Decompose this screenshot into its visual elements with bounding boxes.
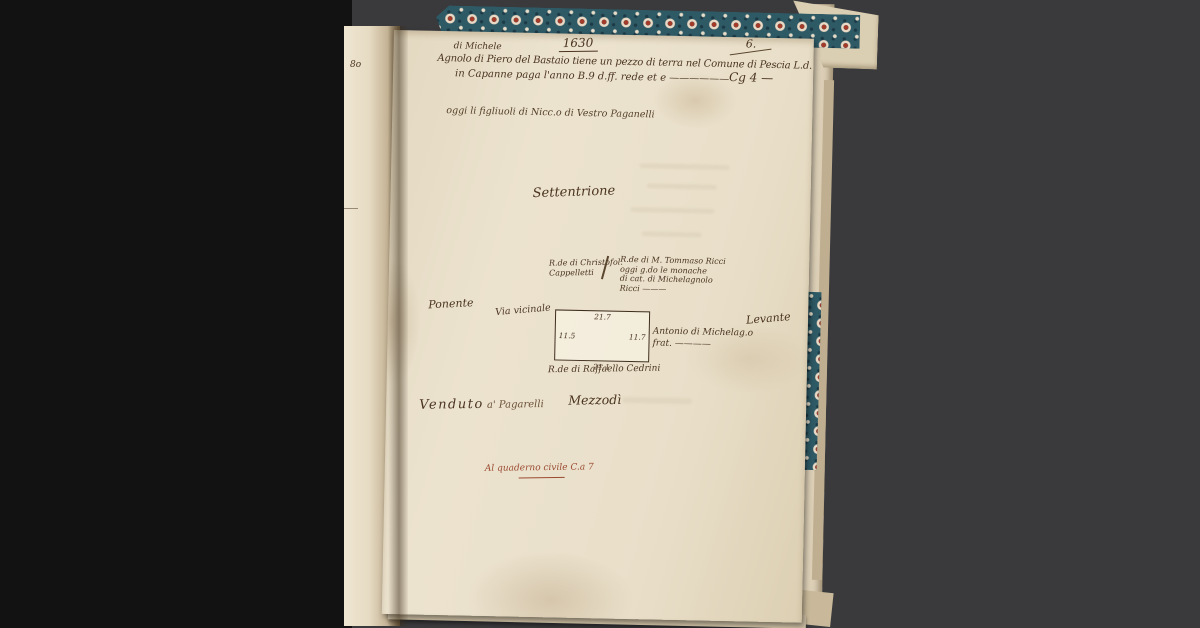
ink-bleedthrough xyxy=(647,183,717,189)
ink-bleedthrough xyxy=(622,397,692,404)
photo-stage: 8o 1630 6. di Michele Agnolo di Piero de… xyxy=(0,0,1200,628)
margin-mark: 8o xyxy=(350,60,361,70)
compass-south-label: Mezzodì xyxy=(568,392,621,408)
neighbor-north-right: R.de di M. Tommaso Ricci oggi g.do le mo… xyxy=(620,255,726,295)
neighbor-south: R.de di Raffaello Cedrini xyxy=(548,364,661,376)
interline-note: di Michele xyxy=(454,41,502,52)
background-left-band xyxy=(0,0,352,628)
manuscript-page: 1630 6. di Michele Agnolo di Piero del B… xyxy=(382,30,814,623)
gutter-shadow xyxy=(388,26,408,626)
plot-dim-right: 11.7 xyxy=(629,332,646,341)
road-label: Via vicinale xyxy=(495,302,551,318)
compass-north-label: Settentrione xyxy=(532,184,615,202)
sold-note-word: Venduto xyxy=(419,397,484,413)
folio-number: 6. xyxy=(746,37,757,50)
ink-bleedthrough xyxy=(639,163,729,170)
sold-note: Venduto a' Pagarelli xyxy=(419,392,544,413)
neighbor-east: Antonio di Michelag.o frat. ———— xyxy=(652,325,753,351)
compass-west-label: Ponente xyxy=(428,296,474,311)
update-note: oggi li figliuoli di Nicc.o di Vestro Pa… xyxy=(446,105,654,120)
entry-amount: Cg 4 — xyxy=(729,70,773,85)
crease-mark xyxy=(344,208,358,209)
entry-line-2: in Capanne paga l'anno B.9 d.ff. rede et… xyxy=(455,68,729,85)
sold-note-rest: a' Pagarelli xyxy=(484,399,544,411)
year-heading: 1630 xyxy=(559,36,598,53)
plot-diagram-rectangle: 21.7 21.1 11.5 11.7 xyxy=(554,309,650,362)
compass-east-label: Levante xyxy=(746,310,792,327)
ink-bleedthrough xyxy=(630,207,714,214)
reference-note-underline xyxy=(519,477,565,479)
plot-dim-left: 11.5 xyxy=(559,331,576,340)
plot-dim-top: 21.7 xyxy=(594,312,611,321)
reference-note: Al quaderno civile C.a 7 xyxy=(485,462,594,474)
ink-bleedthrough xyxy=(642,231,702,237)
neighbor-north-left: R.de di Christofol. Cappelletti xyxy=(549,258,623,279)
